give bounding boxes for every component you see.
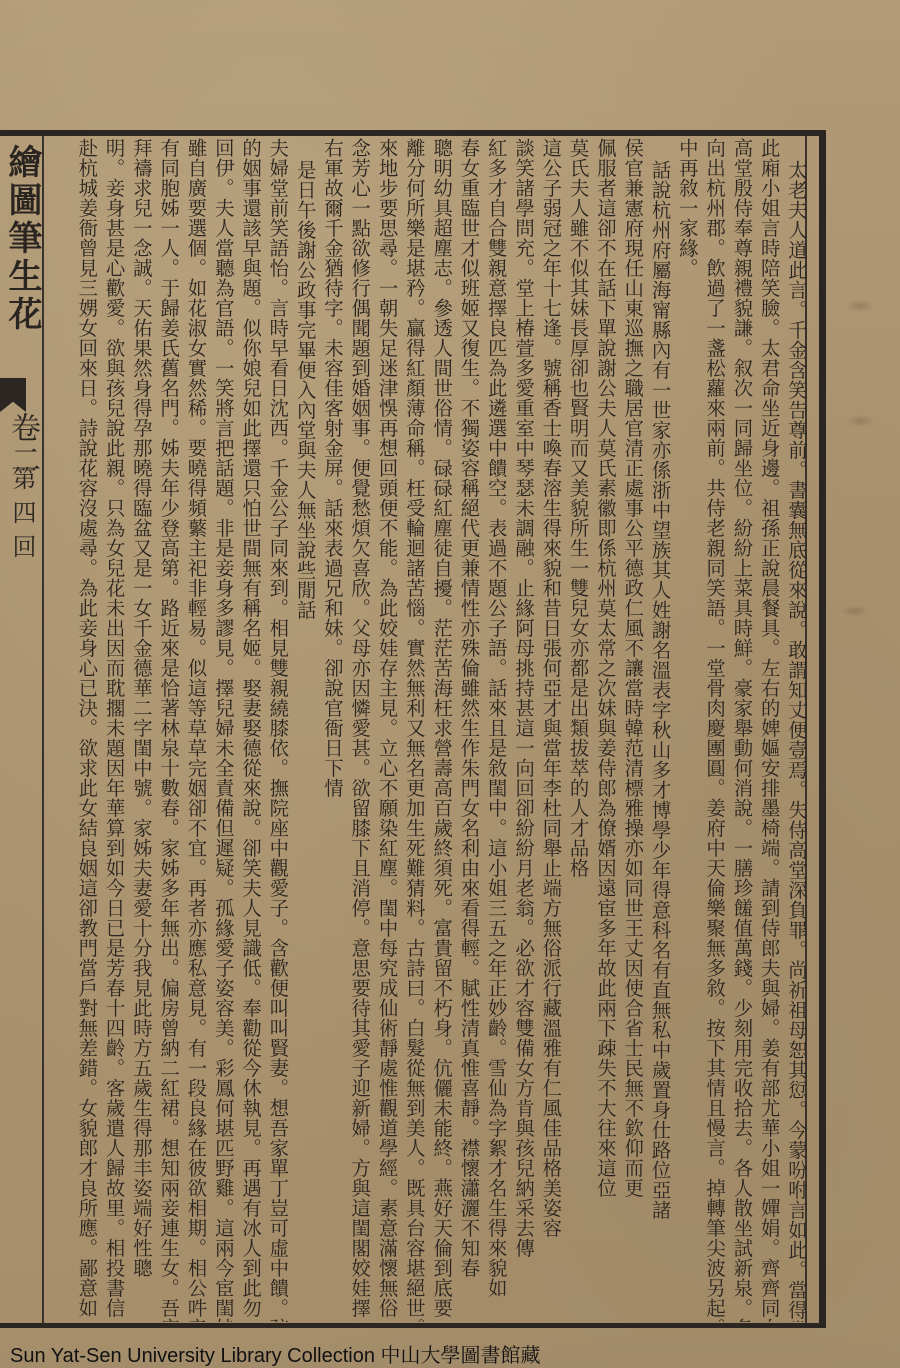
text-column: 有同胞姊一人。于歸姜氏舊名門。姊夫年少登高第。路近來是恰著林泉十數春。家姊多年無… <box>155 138 182 1322</box>
text-column: 中再敘一家緣。 <box>674 138 701 1322</box>
text-column: 莫氏夫人雖不似其妹長厚卻也賢明而又美貌所生一雙兒女亦都是出類拔萃的人才品格 <box>564 138 591 1322</box>
fishtail-mark-icon <box>0 378 26 412</box>
text-column: 念芳心一點欲修行偶聞題到婚姻事。便覺愁煩欠喜欣。父母亦因憐愛甚。欲留膝下且消停。… <box>346 138 373 1322</box>
text-column: 右軍故爾千金猶待字。未容佳客射金屏。話來表過兄和妹。卻說官衙日下情 <box>319 138 346 1322</box>
text-column: 紅多才自合雙親意擇良匹為此遴選中饋空。表過不題公子語。話來且是敘閨中。這小姐三五… <box>482 138 509 1322</box>
text-column: 離分何所樂是堪矜。贏得紅顏薄命稱。枉受輪迴諸苦惱。實然無利又無名更加生死難猜料。… <box>401 138 428 1322</box>
paper-nick-mark <box>845 415 875 427</box>
text-column: 談笑諸學問充。堂上椿萱多愛重室中琴瑟未調融。止緣阿母挑持甚這一向回卻紛紛月老翁。… <box>510 138 537 1322</box>
text-column: 佩服者這卻不在話下單說謝公夫人莫氏素徽即係杭州莫太常之次妹與姜侍郎為僚婿因遠宦多… <box>592 138 619 1322</box>
text-column: 來地步要思尋。一朝失足迷津悞再想回頭便不能。為此姣娃存主見。立心不願染紅塵。閨中… <box>373 138 400 1322</box>
book-title: 繪圖筆生花 <box>2 144 42 334</box>
text-column: 拜禱求兒一念誠。天佑果然身得孕那曉得臨盆又是一女千金德華二字閨中號。家姊夫妻愛十… <box>128 138 155 1322</box>
page-spine-margin: 繪圖筆生花 卷二 第四回 <box>0 136 44 1323</box>
text-column: 是日午後謝公政事完畢便入內堂與夫人無坐說些閒話 <box>291 138 318 1322</box>
library-credit: Sun Yat-Sen University Library Collectio… <box>10 1339 541 1368</box>
chapter-label: 第四回 <box>4 466 40 568</box>
text-column: 的姻事還該早與題。似你娘兒如此擇還只怕世間無有稱名姬。娶妻娶德從來說。卻笑夫人見… <box>237 138 264 1322</box>
text-column: 明。妾身甚是心歡愛。欲與孩兒說此親。只為女兒花未出因而耽擱未題因年華算到如今日已… <box>100 138 127 1322</box>
top-margin <box>0 0 900 128</box>
text-column: 赴杭城姜衙曾見三娚女回來日。詩說花容沒處尋。為此妾身心已決。欲求此女結良姻這卻教… <box>73 138 100 1322</box>
text-column: 這公子弱冠之年十七逢。號稱香士喚春溶生得來貌和昔日張何亞才與當年李杜同舉止端方無… <box>537 138 564 1322</box>
text-column: 聰明幼具超塵志。參透人間世俗情。碌碌紅塵徒自擾。茫茫苦海枉求營壽高百歲終須死。富… <box>428 138 455 1322</box>
text-column: 春女重臨世才似班姬又復生。不獨姿容稱絕代更兼情性亦殊倫雖然生作朱門女名利由來看得… <box>455 138 482 1322</box>
text-column: 高堂殷侍奉尊親禮貌謙。叙次一同歸坐位。紛紛上菜具時鮮。豪家舉動何消說。一膳珍饈值… <box>728 138 755 1322</box>
paper-nick-mark <box>845 300 875 312</box>
main-text-body: 太老夫人道此言。千金含笑告尊前。書囊無底從來說。敢謂知丈便壹焉。失侍高堂深負罪。… <box>48 138 810 1322</box>
text-column: 夫婦堂前笑語怡。言時早看日沈西。千金公子同來到。相見雙親繞膝依。撫院座中觀愛子。… <box>264 138 291 1322</box>
text-column: 回伊。夫人當聽為官語。一笑將言把話題。非是妾身多謬見。擇兒婦未全責備但遲疑。孤緣… <box>209 138 236 1322</box>
text-column: 向出杭州郡。飲過了一盞松蘿來兩前。共侍老親同笑語。一堂骨肉慶團圓。姜府中天倫樂聚… <box>701 138 728 1322</box>
text-column: 太老夫人道此言。千金含笑告尊前。書囊無底從來說。敢謂知丈便壹焉。失侍高堂深負罪。… <box>783 138 810 1322</box>
text-column: 話說杭州府屬海甯縣內有一世家亦係浙中望族其人姓謝名溫表字秋山多才博學少年得意科名… <box>646 138 673 1322</box>
paper-nick-mark <box>840 605 870 617</box>
text-column: 侯官兼憲府現任山東巡撫之職居官清正處事公平德政仁風不讓當時韓范清標雅操亦如同世王… <box>619 138 646 1322</box>
text-column: 雖自廣要選個。如花淑女實然稀。要曉得頻蘩主祀非輕易。似這等草草完姻卻不宜。再者亦… <box>182 138 209 1322</box>
text-column: 此廂小姐言時陪笑臉。太君命坐近身邊。祖孫正說晨餐具。左右的婢嫗安排墨椅端。請到侍… <box>755 138 782 1322</box>
scanned-book-page: 繪圖筆生花 卷二 第四回 太老夫人道此言。千金含笑告尊前。書囊無底從來說。敢謂知… <box>0 0 900 1368</box>
